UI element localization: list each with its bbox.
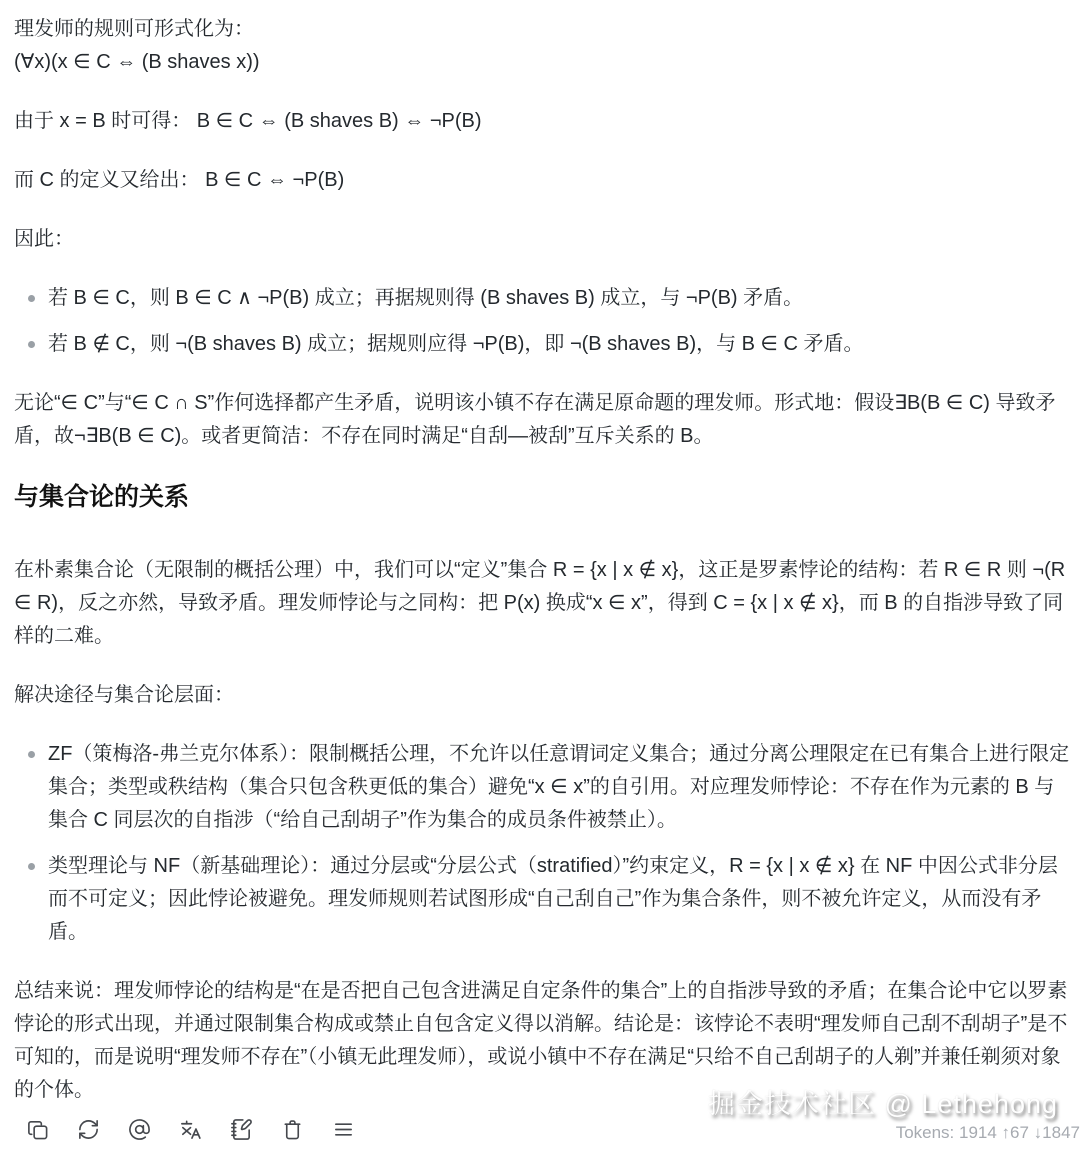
- paragraph-rule: 理发师的规则可形式化为： (∀x)(x ∈ C ⇔ (B shaves x)): [14, 13, 1072, 79]
- notebook-pen-button[interactable]: [229, 1117, 253, 1141]
- rule-intro-text: 理发师的规则可形式化为：: [14, 13, 1072, 46]
- translate-button[interactable]: [178, 1117, 202, 1141]
- menu-button[interactable]: [331, 1117, 355, 1141]
- list-item: 类型理论与 NF（新基础理论）：通过分层或“分层公式（stratified）”约…: [48, 850, 1072, 949]
- copy-button[interactable]: [25, 1117, 49, 1141]
- paragraph-summary: 总结来说：理发师悖论的结构是“在是否把自己包含进满足自定条件的集合”上的自指涉导…: [14, 975, 1072, 1107]
- mention-icon: [128, 1118, 151, 1141]
- notebook-pen-icon: [230, 1118, 253, 1141]
- solution-list: ZF（策梅洛-弗兰克尔体系）：限制概括公理，不允许以任意谓词定义集合；通过分离公…: [14, 738, 1072, 949]
- mention-button[interactable]: [127, 1117, 151, 1141]
- list-item: 若 B ∉ C，则 ¬(B shaves B) 成立；据规则应得 ¬P(B)，即…: [48, 328, 1072, 361]
- menu-icon: [332, 1118, 355, 1141]
- translate-icon: [179, 1118, 202, 1141]
- paragraph-conclusion: 无论“∈ C”与“∈ C ∩ S”作何选择都产生矛盾，说明该小镇不存在满足原命题…: [14, 387, 1072, 453]
- message-action-toolbar: [25, 1117, 355, 1141]
- delete-button[interactable]: [280, 1117, 304, 1141]
- message-content: 理发师的规则可形式化为： (∀x)(x ∈ C ⇔ (B shaves x)) …: [0, 0, 1086, 1107]
- section-heading: 与集合论的关系: [14, 483, 1072, 512]
- paragraph-therefore: 因此：: [14, 223, 1072, 256]
- case-list: 若 B ∈ C，则 B ∈ C ∧ ¬P(B) 成立；再据规则得 (B shav…: [14, 282, 1072, 361]
- paragraph-naive-set-theory: 在朴素集合论（无限制的概括公理）中，我们可以“定义”集合 R = {x | x …: [14, 554, 1072, 653]
- paragraph-substitution: 由于 x = B 时可得： B ∈ C ⇔ (B shaves B) ⇔ ¬P(…: [14, 105, 1072, 138]
- regenerate-button[interactable]: [76, 1117, 100, 1141]
- chat-response-page: 理发师的规则可形式化为： (∀x)(x ∈ C ⇔ (B shaves x)) …: [0, 0, 1086, 1149]
- paragraph-solutions-intro: 解决途径与集合论层面：: [14, 679, 1072, 712]
- copy-icon: [26, 1118, 49, 1141]
- list-item: 若 B ∈ C，则 B ∈ C ∧ ¬P(B) 成立；再据规则得 (B shav…: [48, 282, 1072, 315]
- paragraph-definition: 而 C 的定义又给出： B ∈ C ⇔ ¬P(B): [14, 164, 1072, 197]
- list-item: ZF（策梅洛-弗兰克尔体系）：限制概括公理，不允许以任意谓词定义集合；通过分离公…: [48, 738, 1072, 837]
- delete-icon: [281, 1118, 304, 1141]
- rule-formula: (∀x)(x ∈ C ⇔ (B shaves x)): [14, 46, 1072, 79]
- regenerate-icon: [77, 1118, 100, 1141]
- token-usage-stats: Tokens: 1914 ↑67 ↓1847: [896, 1123, 1080, 1143]
